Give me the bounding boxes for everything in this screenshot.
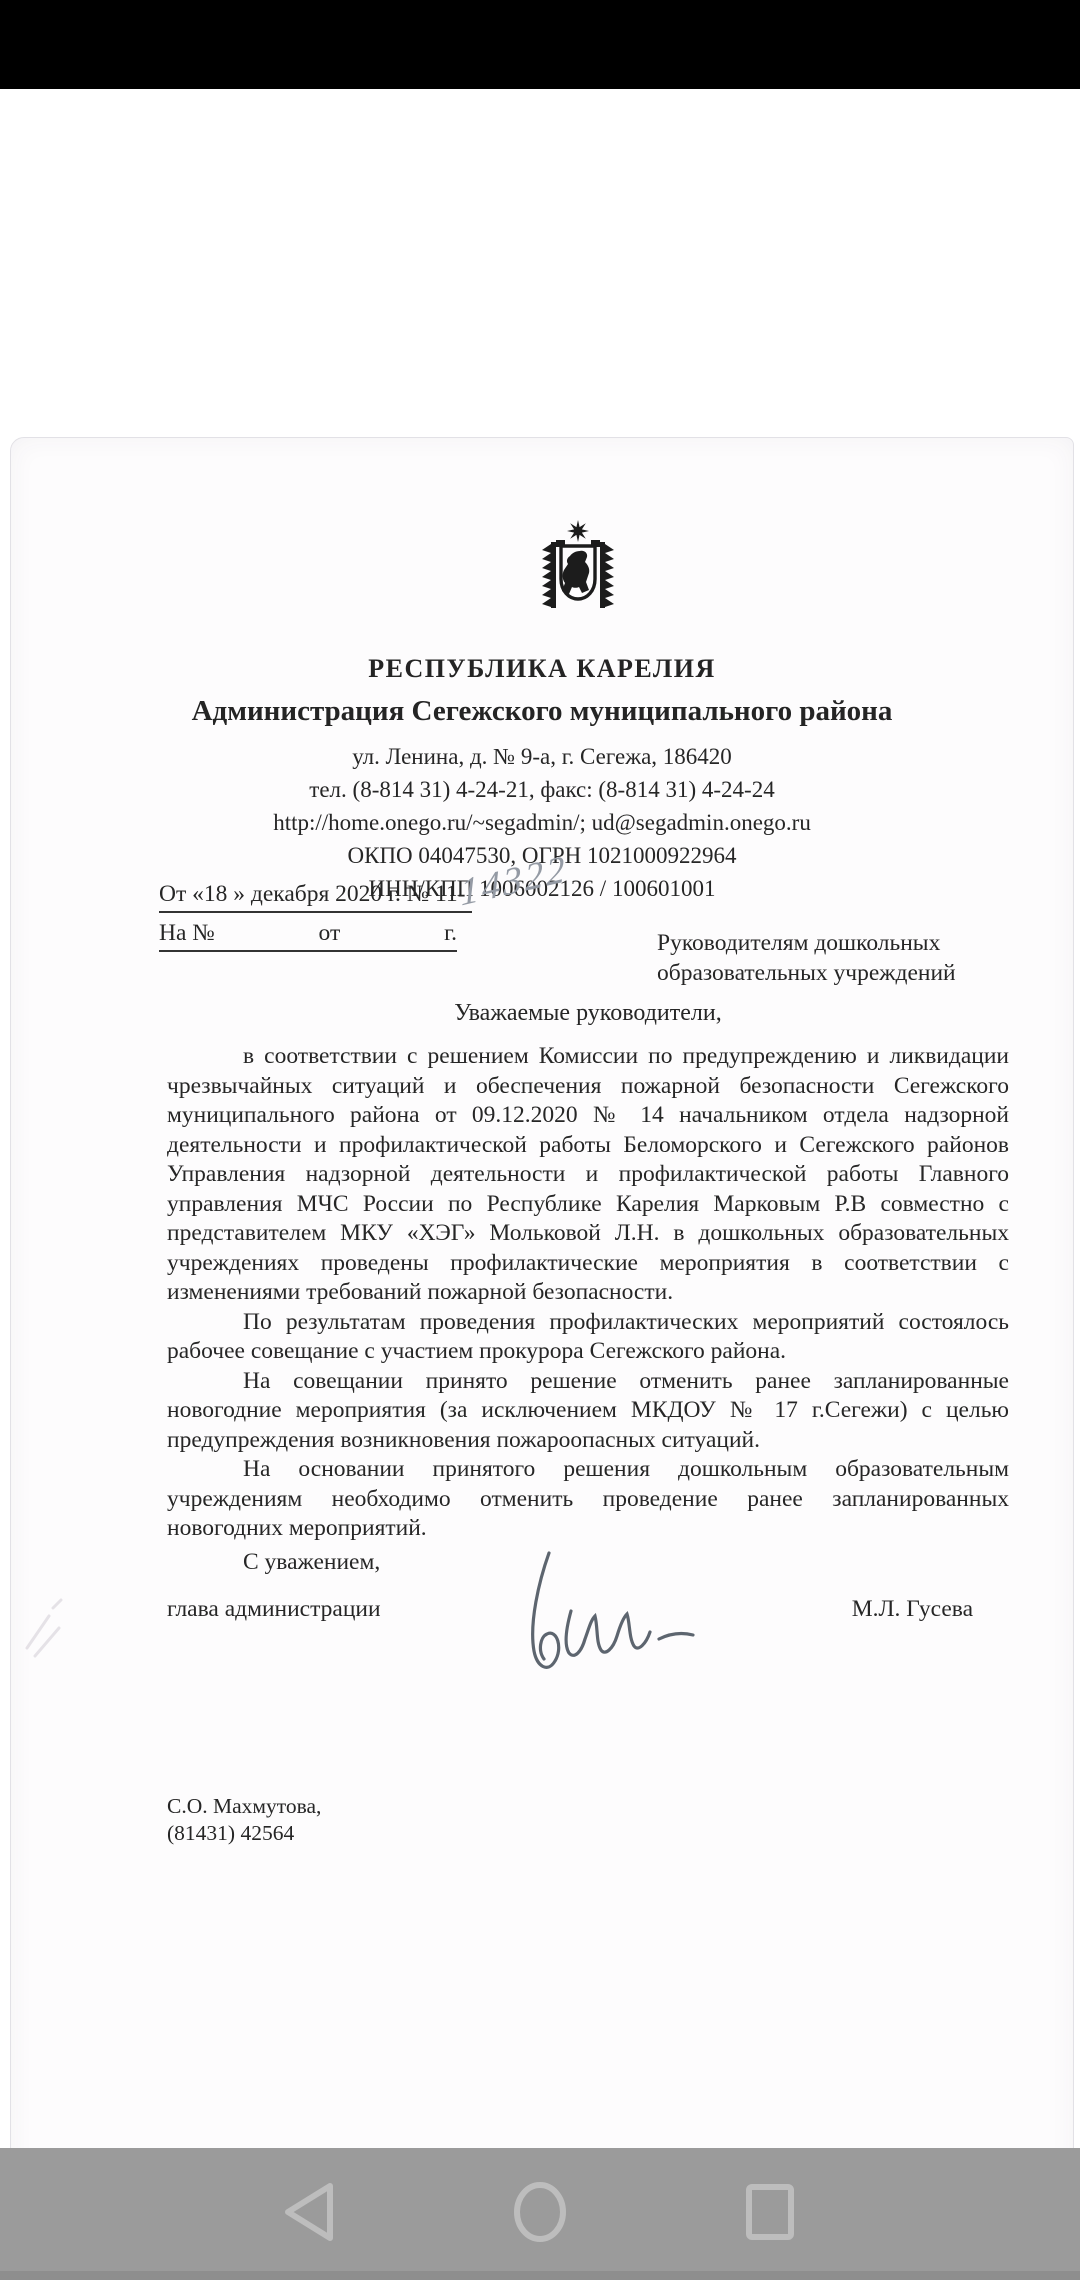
home-circle-icon	[500, 2174, 580, 2254]
back-triangle-icon	[268, 2174, 348, 2254]
status-bar	[0, 0, 1080, 89]
reference-block: От «18 » декабря 2020 г. № 11- 14322 На …	[159, 881, 472, 952]
salutation: Уважаемые руководители,	[167, 1000, 1009, 1027]
nav-bar-bottom-strip	[0, 2271, 1080, 2280]
karelia-coat-of-arms-icon	[536, 518, 620, 622]
phone-fax-line: тел. (8-814 31) 4-24-21, факс: (8-814 31…	[11, 773, 1073, 806]
executor-name: С.О. Махмутова,	[167, 1793, 1009, 1820]
reply-ot: от	[319, 920, 341, 947]
republic-title: РЕСПУБЛИКА КАРЕЛИЯ	[11, 654, 1073, 684]
android-navigation-bar	[0, 2148, 1080, 2280]
address-line: ул. Ленина, д. № 9-а, г. Сегежа, 186420	[11, 740, 1073, 773]
signer-position: глава администрации	[167, 1595, 381, 1625]
paragraph-3: На совещании принято решение отменить ра…	[167, 1367, 1009, 1456]
recents-square-icon	[730, 2174, 810, 2254]
signature-row: глава администрации М.Л. Гусева	[167, 1595, 1009, 1625]
outgoing-number-line: От «18 » декабря 2020 г. № 11-	[159, 881, 472, 913]
letter-body: в соответствии с решением Комиссии по пр…	[167, 1042, 1009, 1847]
home-button[interactable]	[500, 2174, 580, 2254]
recipient-block: Руководителям дошкольных образовательных…	[657, 928, 956, 988]
phone-screen: РЕСПУБЛИКА КАРЕЛИЯ Администрация Сегежск…	[0, 0, 1080, 2280]
paragraph-4: На основании принятого решения дошкольны…	[167, 1455, 1009, 1544]
recents-button[interactable]	[730, 2174, 810, 2254]
web-email-line: http://home.onego.ru/~segadmin/; ud@sega…	[11, 806, 1073, 839]
executor-block: С.О. Махмутова, (81431) 42564	[167, 1793, 1009, 1847]
recipient-line-1: Руководителям дошкольных	[657, 928, 956, 958]
pen-scratch-marks	[15, 1578, 85, 1668]
executor-phone: (81431) 42564	[167, 1820, 1009, 1847]
signer-name: М.Л. Гусева	[852, 1595, 973, 1625]
reply-prefix: На №	[159, 920, 215, 947]
paragraph-2: По результатам проведения профилактическ…	[167, 1308, 1009, 1367]
administration-title: Администрация Сегежского муниципального …	[11, 695, 1073, 728]
back-button[interactable]	[268, 2174, 348, 2254]
recipient-line-2: образовательных учреждений	[657, 958, 956, 988]
reply-g: г.	[444, 920, 457, 947]
handwritten-signature	[519, 1543, 709, 1693]
paragraph-1: в соответствии с решением Комиссии по пр…	[167, 1042, 1009, 1308]
scanned-letter-page: РЕСПУБЛИКА КАРЕЛИЯ Администрация Сегежск…	[10, 437, 1074, 2280]
incoming-number-line: На № от г.	[159, 920, 457, 952]
